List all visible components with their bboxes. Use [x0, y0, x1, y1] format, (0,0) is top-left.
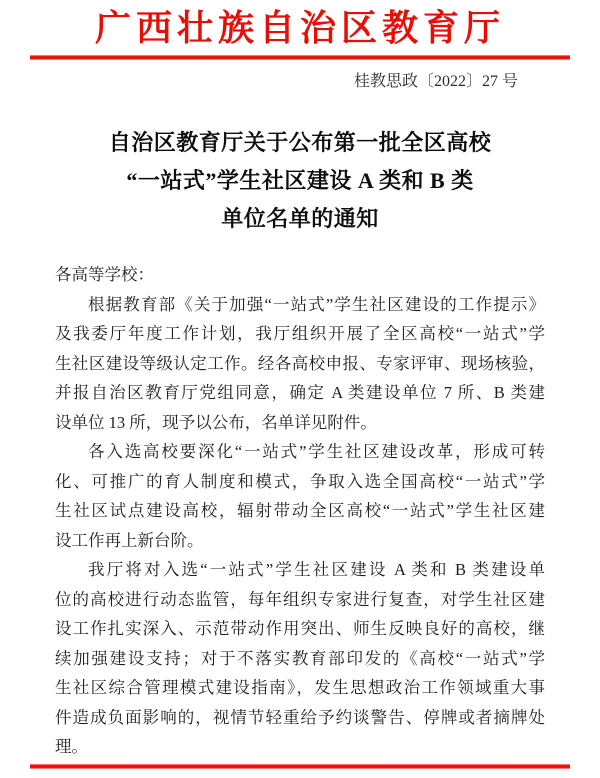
- notice-title-line-1: 自治区教育厅关于公布第一批全区高校: [0, 124, 600, 162]
- salutation-line: 各高等学校：: [55, 260, 545, 290]
- document-page: 广西壮族自治区教育厅 桂教思政〔2022〕27 号 自治区教育厅关于公布第一批全…: [0, 0, 600, 778]
- body-line: 设单位 13 所，现予以公布，名单详见附件。: [55, 408, 545, 438]
- body-line: 生社区试点建设高校，辐射带动全区高校“一站式”学生社区建: [55, 496, 545, 526]
- notice-title: 自治区教育厅关于公布第一批全区高校 “一站式”学生社区建设 A 类和 B 类 单…: [0, 124, 600, 238]
- body-line: 生社区综合管理模式建设指南》，发生思想政治工作领域重大事: [55, 673, 545, 703]
- body-line: 根据教育部《关于加强“一站式”学生社区建设的工作提示》: [55, 290, 545, 320]
- body-line: 续加强建设支持；对于不落实教育部印发的《高校“一站式”学: [55, 644, 545, 674]
- document-reference-number: 桂教思政〔2022〕27 号: [0, 72, 600, 92]
- notice-title-line-2: “一站式”学生社区建设 A 类和 B 类: [0, 162, 600, 200]
- body-line: 设工作再上新台阶。: [55, 526, 545, 556]
- letterhead-agency-name: 广西壮族自治区教育厅: [0, 0, 600, 50]
- notice-title-line-3: 单位名单的通知: [0, 200, 600, 238]
- body-line: 并报自治区教育厅党组同意，确定 A 类建设单位 7 所、B 类建: [55, 378, 545, 408]
- notice-body: 各高等学校： 根据教育部《关于加强“一站式”学生社区建设的工作提示》 及我委厅年…: [55, 260, 545, 762]
- body-line: 各入选高校要深化“一站式”学生社区建设改革，形成可转: [55, 437, 545, 467]
- body-line: 化、可推广的育人制度和模式，争取入选全国高校“一站式”学: [55, 467, 545, 497]
- body-line: 生社区建设等级认定工作。经各高校申报、专家评审、现场核验，: [55, 349, 545, 379]
- body-line: 我厅将对入选“一站式”学生社区建设 A 类和 B 类建设单: [55, 555, 545, 585]
- body-line: 及我委厅年度工作计划，我厅组织开展了全区高校“一站式”学: [55, 319, 545, 349]
- letterhead-divider: [30, 55, 570, 60]
- body-line: 位的高校进行动态监管，每年组织专家进行复查，对学生社区建: [55, 585, 545, 615]
- body-line: 设工作扎实深入、示范带动作用突出、师生反映良好的高校，继: [55, 614, 545, 644]
- body-line: 件造成负面影响的，视情节轻重给予约谈警告、停牌或者摘牌处: [55, 703, 545, 733]
- body-line: 理。: [55, 732, 545, 762]
- footer-divider: [30, 764, 570, 769]
